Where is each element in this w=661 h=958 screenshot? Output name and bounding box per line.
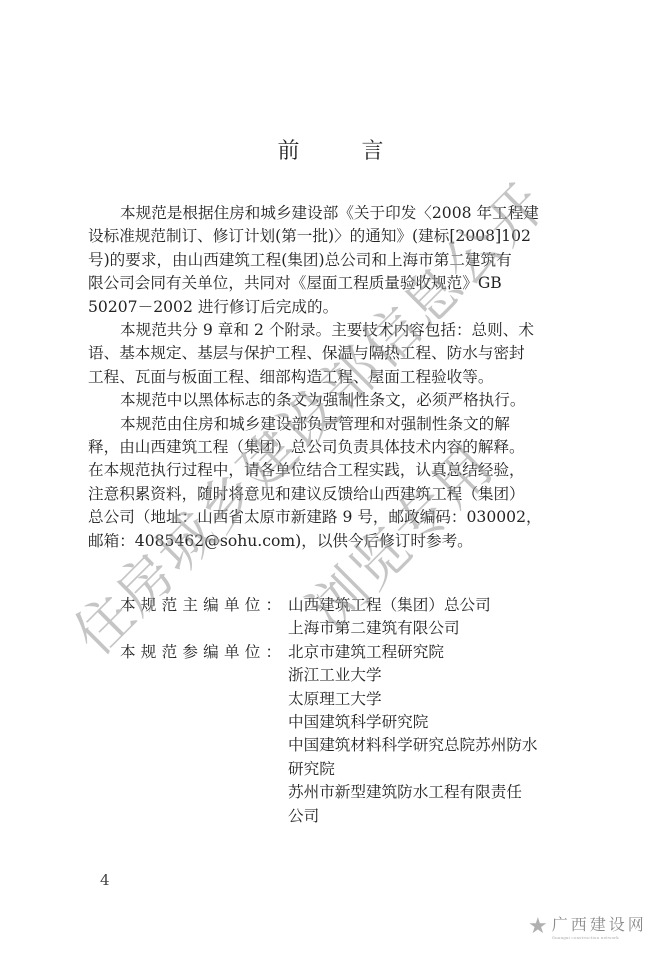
text-line: 50207－2002 进行修订后完成的。 (88, 296, 574, 319)
participating-unit: 中国建筑科学研究院 (288, 711, 574, 734)
title-char-1: 前 (277, 134, 299, 165)
participating-unit: 研究院 (288, 758, 574, 781)
paragraph-mandatory: 本规范中以黑体标志的条文为强制性条文，必须严格执行。 (88, 389, 574, 412)
text-line: 本规范是根据住房和城乡建设部《关于印发〈2008 年工程建 (120, 204, 539, 222)
participating-unit: 中国建筑材料科学研究总院苏州防水 (288, 734, 574, 757)
page-number: 4 (100, 871, 110, 889)
text-line: 限公司会同有关单位，共同对《屋面工程质量验收规范》GB (88, 272, 574, 295)
text-line: 释，由山西建筑工程（集团）总公司负责具体技术内容的解释。 (88, 436, 574, 459)
logo-name: 广西建设网 (552, 912, 647, 935)
text-line: 设标准规范制订、修订计划(第一批)〉的通知》(建标[2008]102 (88, 225, 574, 248)
text-line: 邮箱：4085462@sohu.com)，以供今后修订时参考。 (88, 530, 574, 553)
paragraph-management: 本规范由住房和城乡建设部负责管理和对强制性条文的解 释，由山西建筑工程（集团）总… (88, 413, 574, 553)
participating-unit: 浙江工业大学 (288, 664, 574, 687)
participating-unit: 公司 (288, 805, 574, 828)
paragraph-basis: 本规范是根据住房和城乡建设部《关于印发〈2008 年工程建 设标准规范制订、修订… (88, 202, 574, 319)
text-line: 在本规范执行过程中，请各单位结合工程实践，认真总结经验， (88, 459, 574, 482)
text-line: 本规范共分 9 章和 2 个附录。主要技术内容包括：总则、术 (120, 321, 534, 339)
chief-unit: 上海市第二建筑有限公司 (288, 617, 574, 640)
text-line: 总公司（地址：山西省太原市新建路 9 号，邮政编码：030002， (88, 506, 574, 529)
star-icon: ★ (528, 914, 548, 939)
site-logo: ★ 广西建设网 Guangxi construction network (528, 912, 647, 940)
participating-units-label: 本规范参编单位： (88, 641, 288, 828)
text-line: 本规范中以黑体标志的条文为强制性条文，必须严格执行。 (120, 391, 525, 409)
units-section: 本规范主编单位： 山西建筑工程（集团）总公司 上海市第二建筑有限公司 本规范参编… (88, 594, 574, 828)
text-line: 工程、瓦面与板面工程、细部构造工程、屋面工程验收等。 (88, 366, 574, 389)
text-line: 注意积累资料，随时将意见和建议反馈给山西建筑工程（集团） (88, 483, 574, 506)
participating-unit: 北京市建筑工程研究院 (288, 641, 574, 664)
participating-units: 本规范参编单位： 北京市建筑工程研究院 浙江工业大学 太原理工大学 中国建筑科学… (88, 641, 574, 828)
chief-unit: 山西建筑工程（集团）总公司 (288, 594, 574, 617)
page-title: 前言 (0, 134, 661, 165)
preface-body: 本规范是根据住房和城乡建设部《关于印发〈2008 年工程建 设标准规范制订、修订… (88, 202, 574, 553)
text-line: 号)的要求，由山西建筑工程(集团)总公司和上海市第二建筑有 (88, 249, 574, 272)
title-char-2: 言 (362, 134, 384, 165)
chief-units-label: 本规范主编单位： (88, 594, 288, 641)
text-line: 语、基本规定、基层与保护工程、保温与隔热工程、防水与密封 (88, 342, 574, 365)
participating-unit: 太原理工大学 (288, 688, 574, 711)
chief-units: 本规范主编单位： 山西建筑工程（集团）总公司 上海市第二建筑有限公司 (88, 594, 574, 641)
text-line: 本规范由住房和城乡建设部负责管理和对强制性条文的解 (120, 415, 510, 433)
logo-subtitle: Guangxi construction network (552, 935, 647, 940)
participating-unit: 苏州市新型建筑防水工程有限责任 (288, 781, 574, 804)
paragraph-contents: 本规范共分 9 章和 2 个附录。主要技术内容包括：总则、术 语、基本规定、基层… (88, 319, 574, 389)
